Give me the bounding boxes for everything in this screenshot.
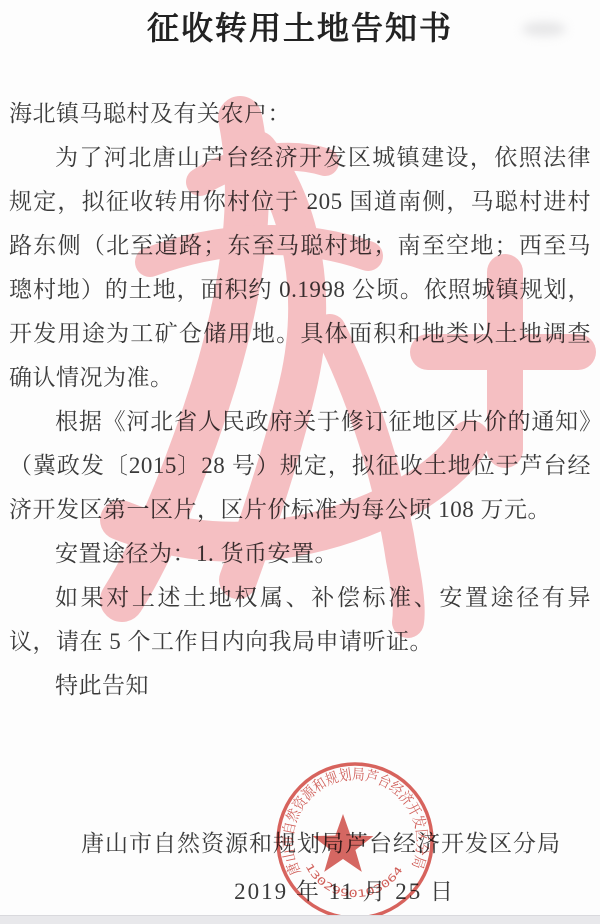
salutation: 海北镇马聪村及有关农户： bbox=[9, 92, 591, 136]
paragraph: 安置途径为：1. 货币安置。 bbox=[9, 532, 591, 576]
document-content: 征收转用土地告知书 海北镇马聪村及有关农户： 为了河北唐山芦台经济开发区城镇建设… bbox=[0, 0, 600, 912]
issue-date: 2019 年 11 月 25 日 bbox=[9, 872, 591, 912]
paragraph: 如果对上述土地权属、补偿标准、安置途径有异议，请在 5 个工作日内向我局申请听证… bbox=[9, 576, 591, 664]
paragraph: 为了河北唐山芦台经济开发区城镇建设，依照法律规定，拟征收转用你村位于 205 国… bbox=[9, 136, 591, 400]
document-page: 征收转用土地告知书 海北镇马聪村及有关农户： 为了河北唐山芦台经济开发区城镇建设… bbox=[0, 0, 600, 924]
page-bottom-edge bbox=[0, 915, 600, 924]
page-title: 征收转用土地告知书 bbox=[9, 0, 591, 48]
paragraph: 根据《河北省人民政府关于修订征地区片价的通知》（冀政发〔2015〕28 号）规定… bbox=[9, 400, 591, 532]
issuing-authority: 唐山市自然资源和规划局芦台经济开发区分局 bbox=[9, 824, 591, 864]
closing-phrase: 特此告知 bbox=[9, 664, 591, 708]
